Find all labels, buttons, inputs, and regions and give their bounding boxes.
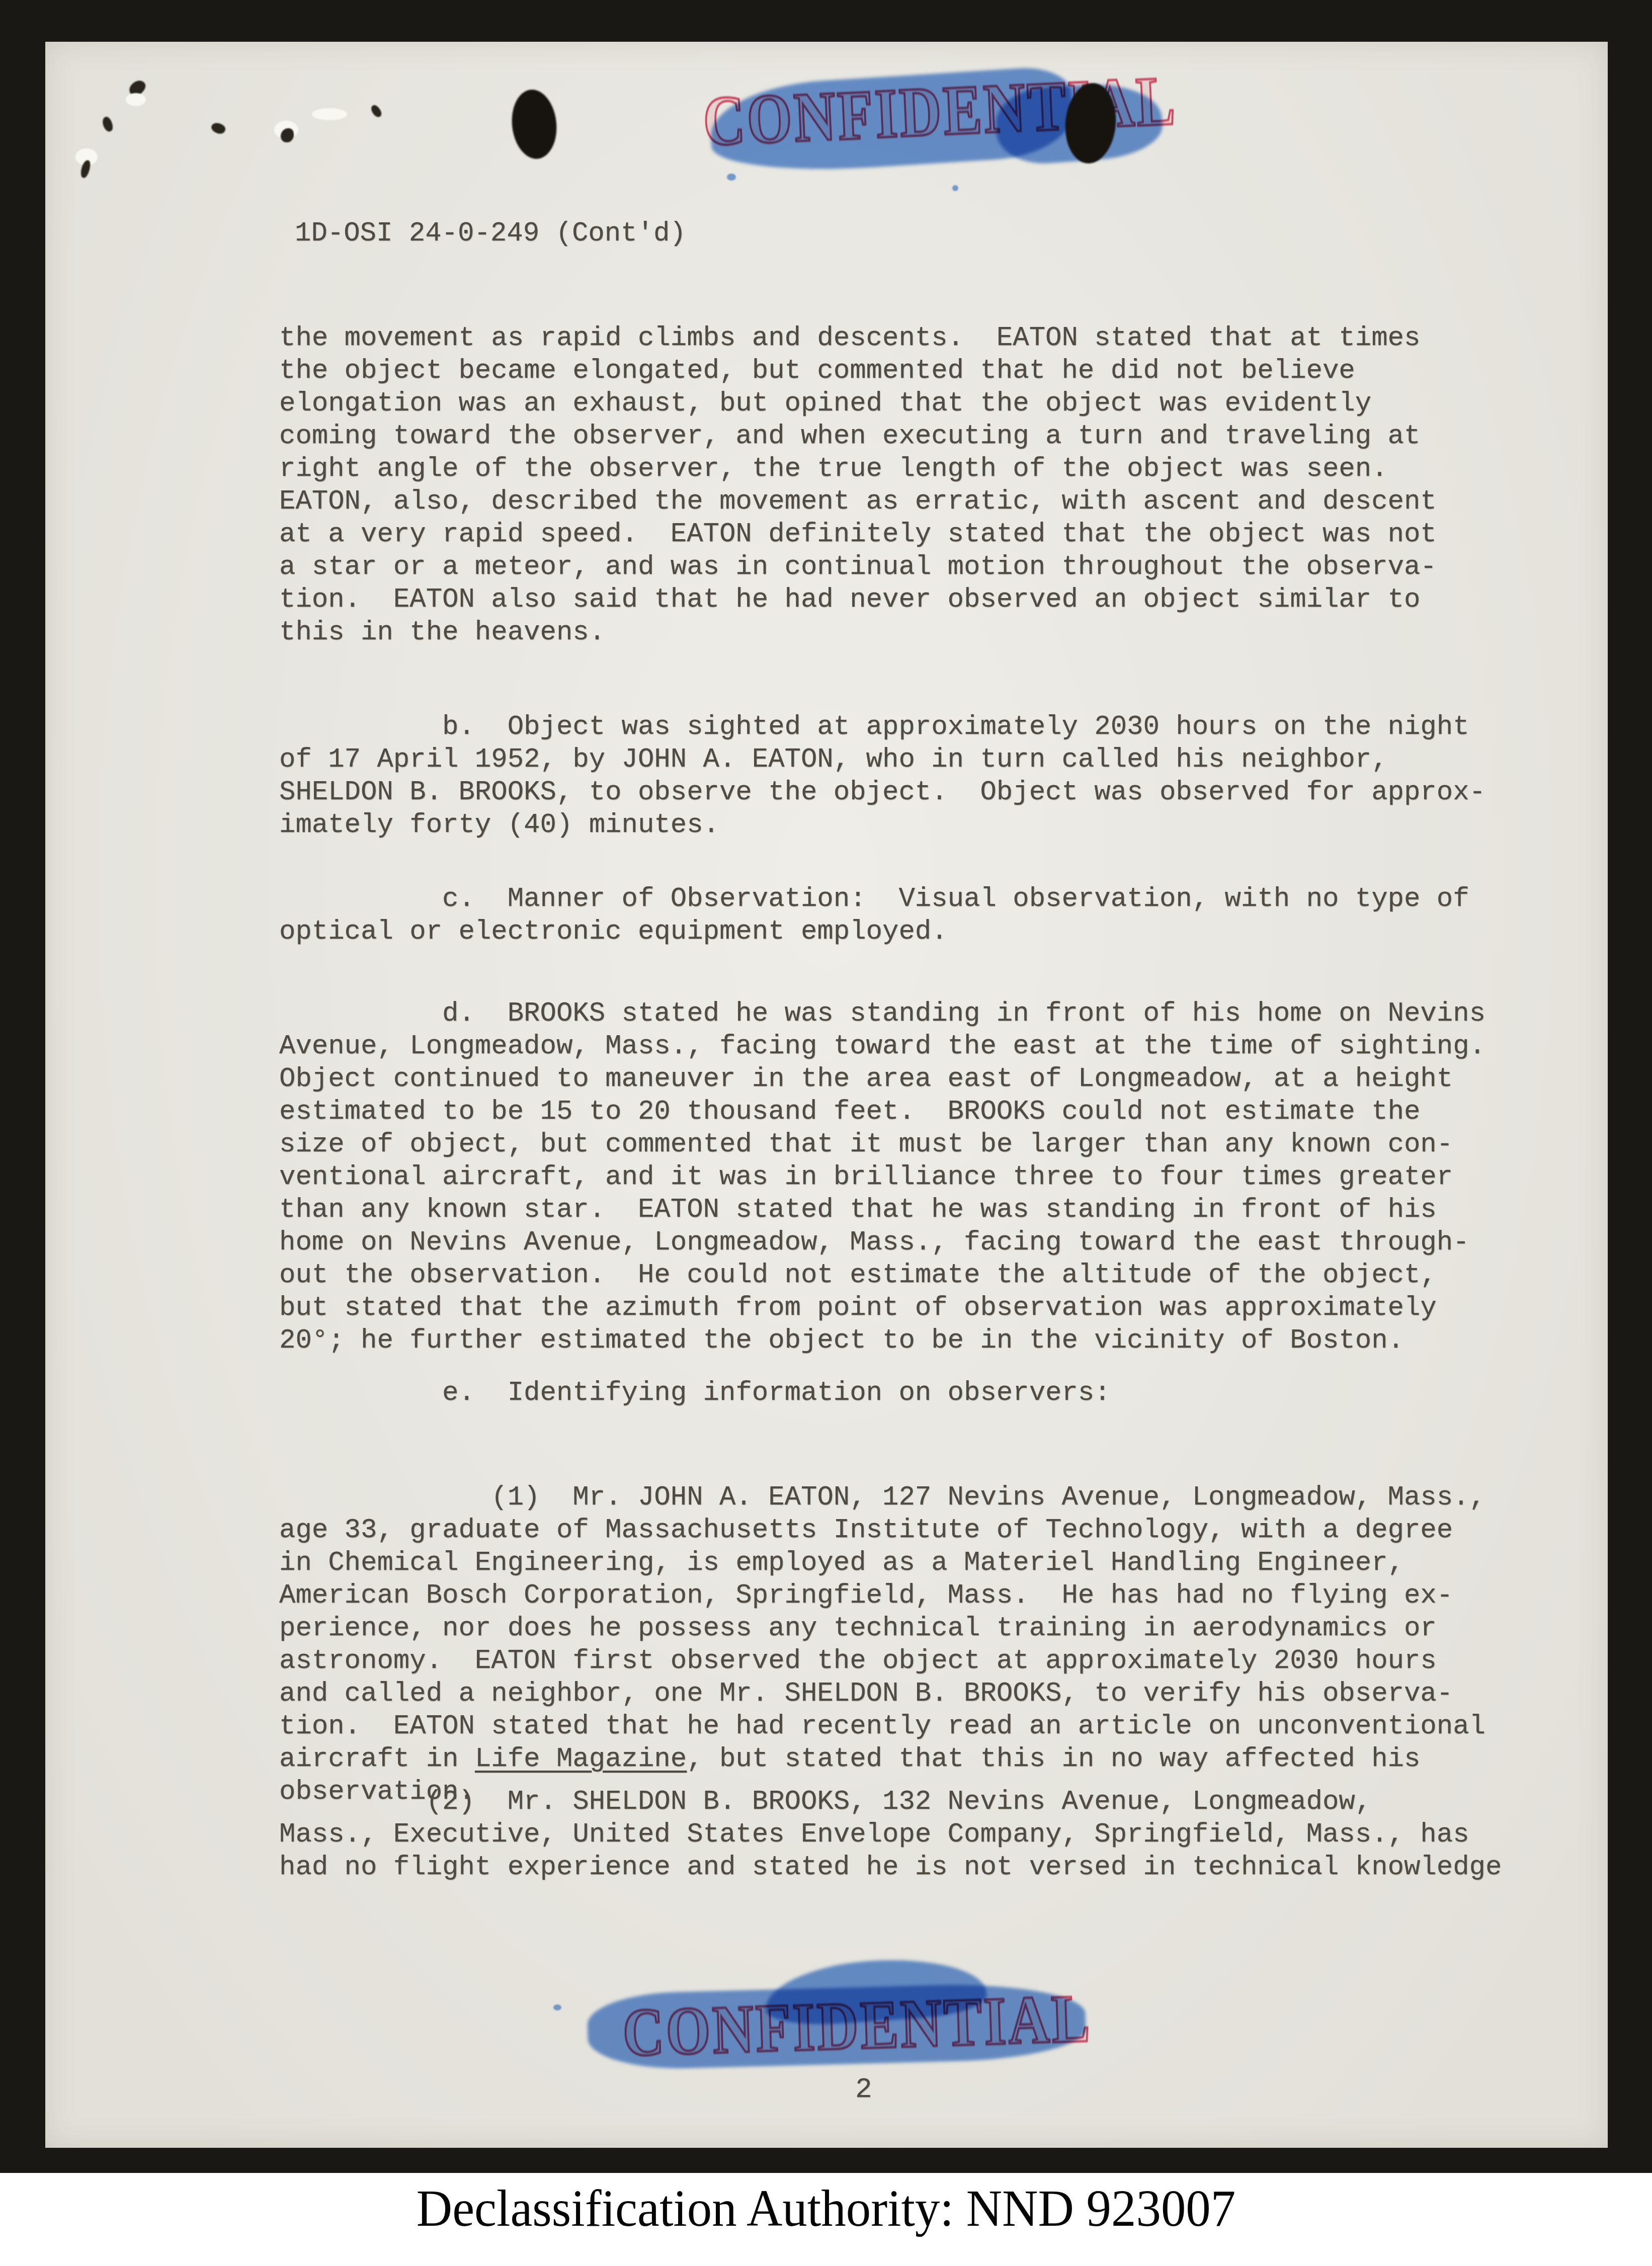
life-magazine-underlined: Life Magazine	[475, 1744, 687, 1775]
observer-1-text-before: (1) Mr. JOHN A. EATON, 127 Nevins Avenue…	[279, 1482, 1485, 1775]
paragraph-observer-1-eaton: (1) Mr. JOHN A. EATON, 127 Nevins Avenue…	[279, 1449, 1485, 1841]
page-number: 2	[855, 2073, 872, 2106]
paper-nick	[312, 108, 347, 120]
paragraph-observer-2-brooks: (2) Mr. SHELDON B. BROOKS, 132 Nevins Av…	[279, 1786, 1502, 1884]
paragraph-b-sighting-time: b. Object was sighted at approximately 2…	[279, 711, 1485, 842]
document-reference-number: 1D-OSI 24-0-249 (Cont'd)	[295, 217, 686, 250]
declassification-footer: Declassification Authority: NND 923007	[33, 2179, 1619, 2238]
paper-nick	[126, 93, 146, 106]
blue-marker-drip	[553, 2004, 561, 2010]
paragraph-d-observer-positions: d. BROOKS stated he was standing in fron…	[279, 997, 1485, 1357]
paragraph-a-continuation: the movement as rapid climbs and descent…	[279, 322, 1437, 649]
paragraph-c-manner-of-observation: c. Manner of Observation: Visual observa…	[279, 883, 1469, 948]
blue-marker-drip	[727, 174, 736, 181]
paragraph-e-heading: e. Identifying information on observers:	[279, 1377, 1111, 1409]
blue-marker-drip	[952, 185, 958, 191]
scanned-document-screenshot: CONFIDENTIAL 1D-OSI 24-0-249 (Cont'd) th…	[0, 0, 1652, 2266]
